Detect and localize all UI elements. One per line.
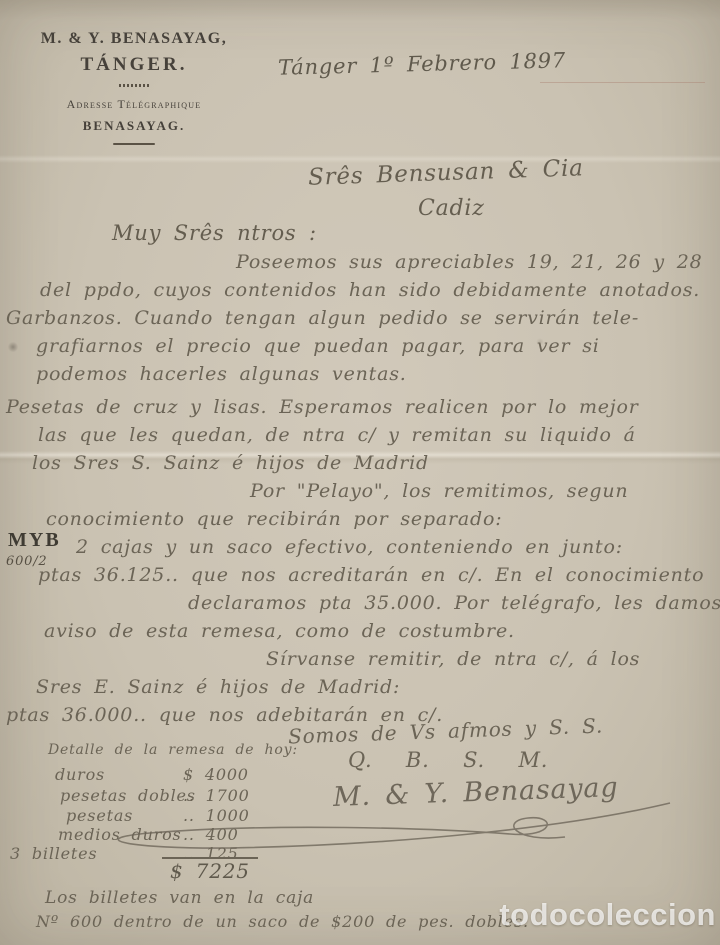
letter-line: ptas 36.125.. que nos acreditarán en c/.… <box>38 561 720 589</box>
dateline: Tánger 1º Febrero 1897 <box>278 48 567 80</box>
closing-courtesy: Q. B. S. M. <box>348 748 548 772</box>
letter-body: Poseemos sus apreciables 19, 21, 26 y 28… <box>0 248 720 729</box>
letter-line: Pesetas de cruz y lisas. Esperamos reali… <box>6 393 720 421</box>
footnote: Nº 600 dentro de un saco de $200 de pes.… <box>36 912 529 931</box>
remittance-row-label: medios duros <box>58 825 182 844</box>
letter-line: los Sres S. Sainz é hijos de Madrid <box>32 449 720 477</box>
remittance-row-value: $ 4000 <box>183 765 249 784</box>
recipient-name: Srês Bensusan & Cia <box>308 155 584 191</box>
letter-line: Por "Pelayo", los remitimos, segun <box>250 477 720 505</box>
remittance-row: duros $ 4000 <box>0 765 105 784</box>
watermark: todocoleccion <box>499 897 716 933</box>
remittance-row-label: pesetas <box>66 806 133 825</box>
letter-line: Sres E. Sainz é hijos de Madrid: <box>36 673 720 701</box>
remittance-row: 3 billetes .. 125 <box>0 844 97 863</box>
letter-line: declaramos pta 35.000. Por telégrafo, le… <box>188 589 720 617</box>
letter-photo: M. & Y. BENASAYAG, TÁNGER. Adresse Télég… <box>0 0 720 945</box>
letterhead: M. & Y. BENASAYAG, TÁNGER. Adresse Télég… <box>33 30 235 145</box>
letter-line: aviso de esta remesa, como de costumbre. <box>44 617 720 645</box>
dateline-rule <box>540 82 705 83</box>
footnote: Los billetes van en la caja <box>45 888 314 908</box>
letter-line: grafiarnos el precio que puedan pagar, p… <box>36 332 720 360</box>
recipient-city: Cadiz <box>418 196 485 221</box>
letterhead-bottom-rule <box>113 143 155 145</box>
letter-line: conocimiento que recibirán por separado: <box>46 505 720 533</box>
letterhead-city: TÁNGER. <box>33 54 235 76</box>
remittance-row: medios duros .. 400 <box>0 825 182 844</box>
letter-line: Sírvanse remitir, de ntra c/, á los <box>266 645 720 673</box>
letter-line: del ppdo, cuyos contenidos han sido debi… <box>40 276 720 304</box>
remittance-row-value: .. 1000 <box>183 806 250 825</box>
salutation: Muy Srês ntros : <box>112 221 317 245</box>
letterhead-telegraph-name: BENASAYAG. <box>33 118 235 134</box>
remittance-row-value: .. 1700 <box>183 786 250 805</box>
letter-paper: M. & Y. BENASAYAG, TÁNGER. Adresse Télég… <box>0 0 720 945</box>
letter-line: podemos hacerles algunas ventas. <box>36 360 720 388</box>
remittance-title: Detalle de la remesa de hoy: <box>48 742 298 758</box>
remittance-row-label: 3 billetes <box>10 844 97 863</box>
letter-line: las que les quedan, de ntra c/ y remitan… <box>38 421 720 449</box>
letterhead-telegraph-label: Adresse Télégraphique <box>33 97 235 112</box>
letter-line: Poseemos sus apreciables 19, 21, 26 y 28 <box>236 248 720 276</box>
remittance-row-label: duros <box>55 765 105 784</box>
letterhead-company: M. & Y. BENASAYAG, <box>33 30 235 48</box>
remittance-row-label: pesetas dobles <box>60 786 196 805</box>
remittance-row: pesetas .. 1000 <box>0 806 133 825</box>
remittance-row: pesetas dobles .. 1700 <box>0 786 196 805</box>
letter-line: 2 cajas y un saco efectivo, conteniendo … <box>76 533 720 561</box>
remittance-row-value: .. 400 <box>183 825 239 844</box>
letter-line: Garbanzos. Cuando tengan algun pedido se… <box>6 304 720 332</box>
letterhead-ornament-rule <box>119 84 149 87</box>
remittance-total: $ 7225 <box>170 859 250 883</box>
